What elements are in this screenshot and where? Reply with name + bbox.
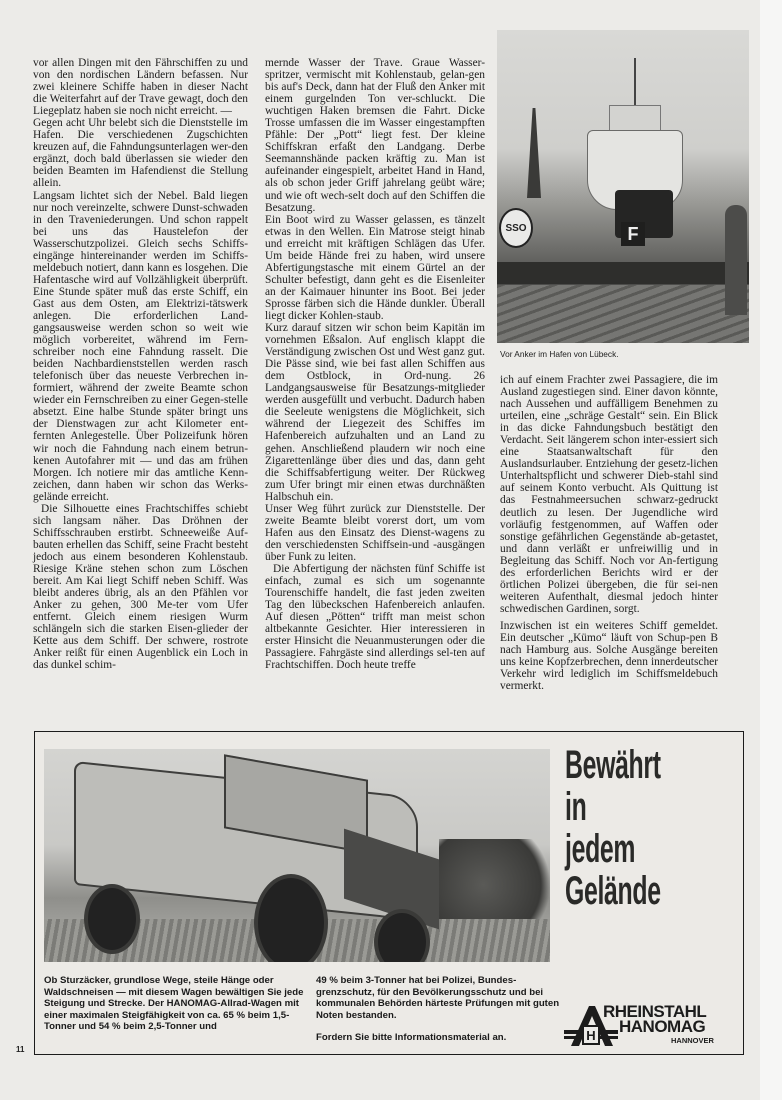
headline-line: jedem — [565, 828, 661, 870]
ad-body-right: 49 % beim 3-Tonner hat bei Polizei, Bund… — [316, 975, 562, 1044]
paragraph: ich auf einem Frachter zwei Passagiere, … — [500, 374, 718, 615]
truck-photo — [44, 749, 550, 962]
hanomag-advertisement: Bewährt in jedem Gelände Ob Sturzäcker, … — [34, 731, 744, 1055]
paragraph: mernde Wasser der Trave. Graue Wasser-sp… — [265, 57, 485, 214]
page-number: 11 — [16, 1045, 24, 1054]
wheel-shape — [254, 874, 328, 962]
logo-line-hanomag: HANOMAG — [619, 1017, 705, 1037]
article-column-1: vor allen Dingen mit den Fährschiffen zu… — [33, 57, 248, 671]
quay-rail-shape — [497, 262, 749, 284]
ad-call-to-action: Fordern Sie bitte Informationsmaterial a… — [316, 1032, 562, 1044]
wheel-shape — [84, 884, 140, 954]
paragraph: Ein Boot wird zu Wasser gelassen, es tän… — [265, 214, 485, 322]
rheinstahl-hanomag-logo: H RHEINSTAHL HANOMAG HANNOVER — [563, 1002, 733, 1048]
ship-bridge-shape — [609, 105, 661, 133]
headline-line: Gelände — [565, 870, 661, 912]
headline-line: in — [565, 786, 661, 828]
article-column-2: mernde Wasser der Trave. Graue Wasser-sp… — [265, 57, 485, 671]
logo-line-hannover: HANNOVER — [671, 1036, 714, 1045]
ad-body-left: Ob Sturzäcker, grundlose Wege, steile Hä… — [44, 975, 306, 1033]
paragraph: Die Silhouette eines Frachtschiffes schi… — [33, 503, 248, 672]
ship-mast-shape — [634, 58, 636, 106]
paragraph: Kurz darauf sitzen wir schon beim Kapitä… — [265, 322, 485, 503]
paragraph: Die Abfertigung der nächsten fünf Schiff… — [265, 563, 485, 671]
esso-sign: SSO — [499, 208, 533, 248]
f-sign: F — [621, 222, 645, 246]
headline-line: Bewährt — [565, 744, 661, 786]
page-margin — [760, 0, 782, 1100]
cobblestone-quay-shape — [497, 285, 749, 343]
crane-shape — [527, 108, 541, 198]
paragraph: vor allen Dingen mit den Fährschiffen zu… — [33, 57, 248, 117]
article-column-3: ich auf einem Frachter zwei Passagiere, … — [500, 374, 718, 692]
magazine-page: vor allen Dingen mit den Fährschiffen zu… — [0, 0, 760, 1100]
paragraph: Gegen acht Uhr belebt sich die Dienstste… — [33, 117, 248, 189]
ad-body-right-text: 49 % beim 3-Tonner hat bei Polizei, Bund… — [316, 975, 562, 1021]
photo-caption: Vor Anker im Hafen von Lübeck. — [500, 349, 619, 359]
paragraph: Inzwischen ist ein weiteres Schiff gemel… — [500, 620, 718, 692]
harbor-photo: SSO F — [497, 30, 749, 343]
ad-headline: Bewährt in jedem Gelände — [565, 744, 661, 912]
paragraph: Unser Weg führt zurück zur Dienststelle.… — [265, 503, 485, 563]
person-silhouette — [725, 205, 747, 315]
paragraph: Langsam lichtet sich der Nebel. Bald lie… — [33, 190, 248, 503]
svg-text:H: H — [586, 1028, 595, 1043]
